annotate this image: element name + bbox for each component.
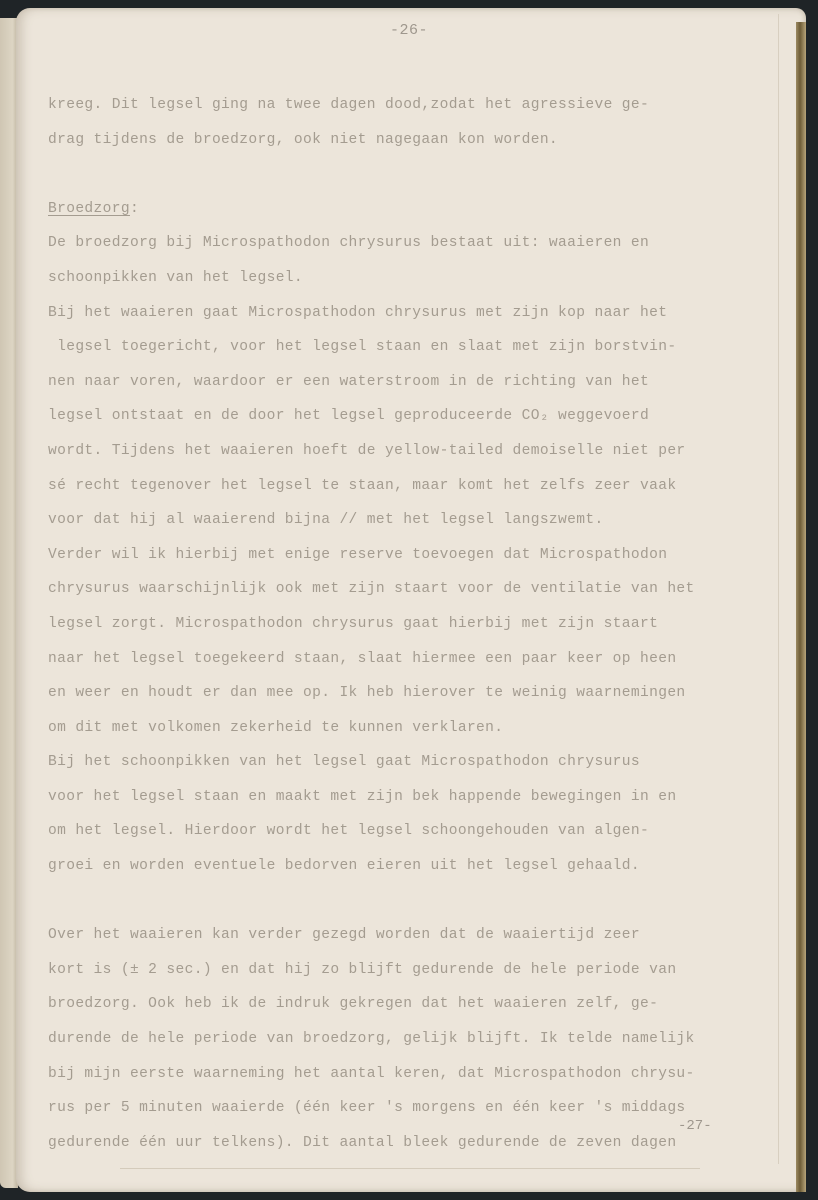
text-line: legsel zorgt. Microspathodon chrysurus g… — [48, 607, 788, 642]
text-line: legsel ontstaat en de door het legsel ge… — [48, 399, 788, 434]
text-line: Over het waaieren kan verder gezegd word… — [48, 918, 788, 953]
text-line: durende de hele periode van broedzorg, g… — [48, 1022, 788, 1057]
bottom-crease — [120, 1168, 700, 1169]
text-line: Bij het waaieren gaat Microspathodon chr… — [48, 296, 788, 331]
page-number: -26- — [0, 22, 818, 39]
text-line: drag tijdens de broedzorg, ook niet nage… — [48, 123, 788, 158]
text-line: om het legsel. Hierdoor wordt het legsel… — [48, 814, 788, 849]
text-line: De broedzorg bij Microspathodon chrysuru… — [48, 226, 788, 261]
text-line: bij mijn eerste waarneming het aantal ke… — [48, 1057, 788, 1092]
heading-text: Broedzorg — [48, 201, 130, 217]
text-line: wordt. Tijdens het waaieren hoeft de yel… — [48, 434, 788, 469]
document-body: kreeg. Dit legsel ging na twee dagen doo… — [48, 88, 788, 1160]
text-line: voor het legsel staan en maakt met zijn … — [48, 780, 788, 815]
text-line: groei en worden eventuele bedorven eiere… — [48, 849, 788, 884]
text-line: legsel toegericht, voor het legsel staan… — [48, 330, 788, 365]
text-line: Bij het schoonpikken van het legsel gaat… — [48, 745, 788, 780]
text-line: kort is (± 2 sec.) en dat hij zo blijft … — [48, 953, 788, 988]
text-line: kreeg. Dit legsel ging na twee dagen doo… — [48, 88, 788, 123]
text-line: chrysurus waarschijnlijk ook met zijn st… — [48, 572, 788, 607]
text-line: en weer en houdt er dan mee op. Ik heb h… — [48, 676, 788, 711]
text-line: Verder wil ik hierbij met enige reserve … — [48, 538, 788, 573]
text-line: rus per 5 minuten waaierde (één keer 's … — [48, 1091, 788, 1126]
text-line: broedzorg. Ook heb ik de indruk gekregen… — [48, 987, 788, 1022]
next-page-marker: -27- — [678, 1118, 712, 1134]
section-heading: Broedzorg: — [48, 192, 788, 227]
text-line: sé recht tegenover het legsel te staan, … — [48, 469, 788, 504]
text-line: naar het legsel toegekeerd staan, slaat … — [48, 642, 788, 677]
text-line: gedurende één uur telkens). Dit aantal b… — [48, 1126, 788, 1161]
text-line: voor dat hij al waaierend bijna // met h… — [48, 503, 788, 538]
page-stack-edge — [796, 22, 806, 1192]
text-line: nen naar voren, waardoor er een waterstr… — [48, 365, 788, 400]
text-line: om dit met volkomen zekerheid te kunnen … — [48, 711, 788, 746]
text-line: schoonpikken van het legsel. — [48, 261, 788, 296]
